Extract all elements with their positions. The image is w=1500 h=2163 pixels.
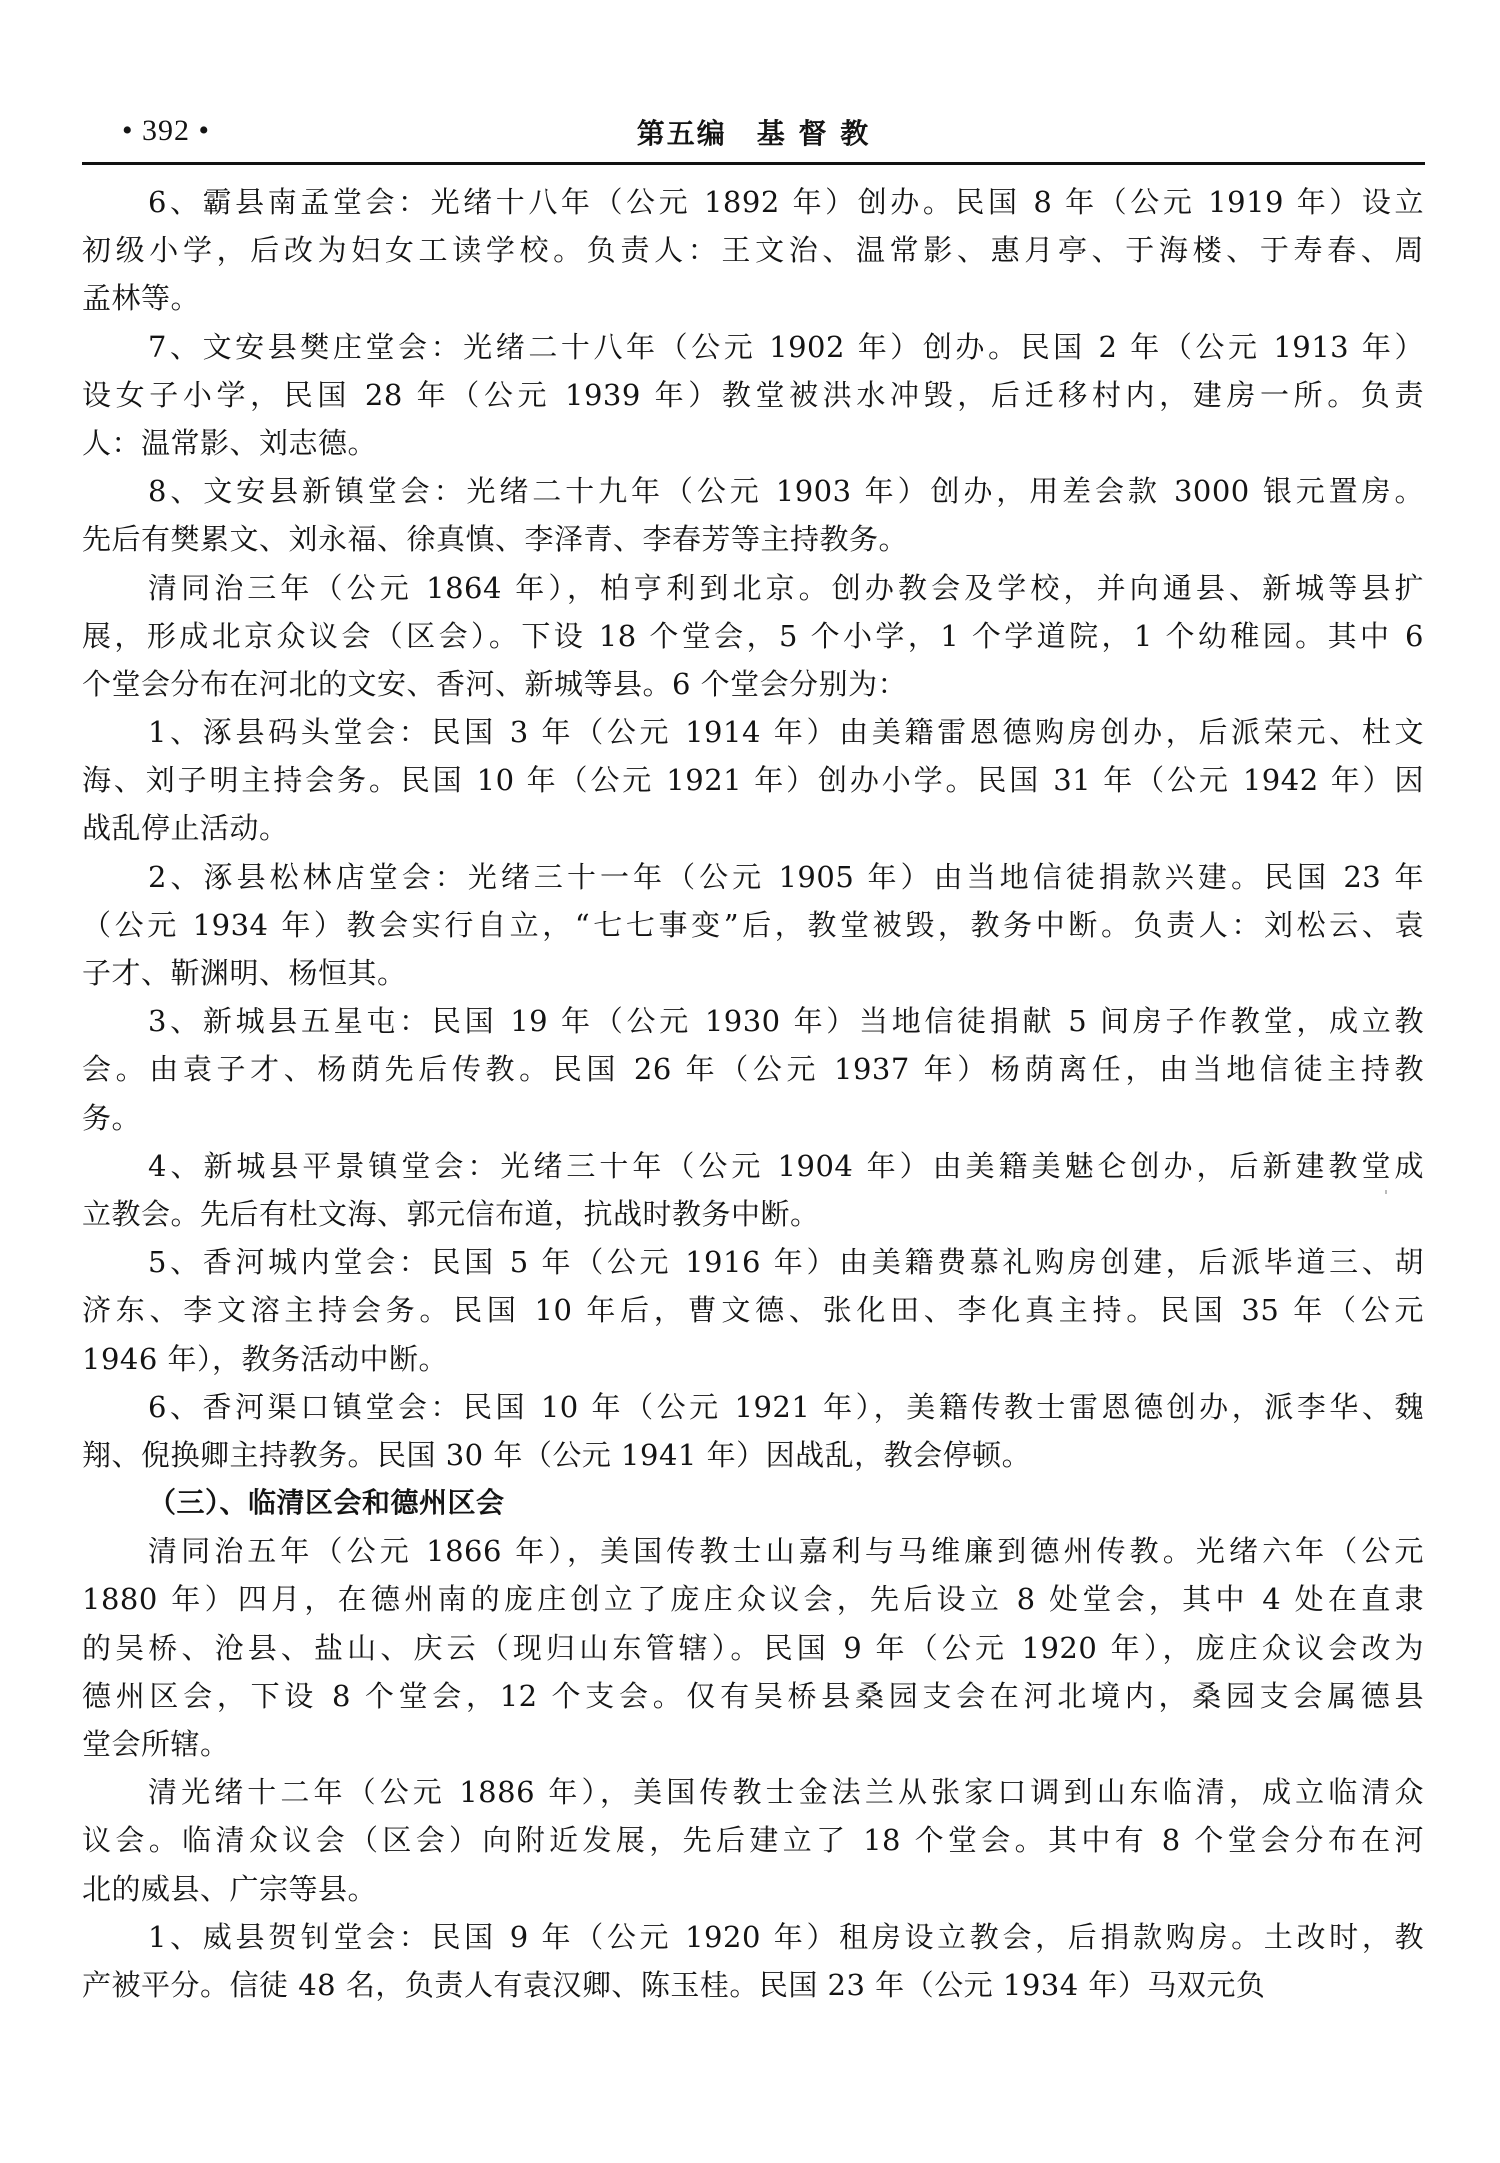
paragraph: 2、涿县松林店堂会：光绪三十一年（公元 1905 年）由当地信徒捐款兴建。民国 … (82, 853, 1424, 998)
text-line: 海、刘子明主持会务。民国 10 年（公元 1921 年）创办小学。民国 31 年… (82, 756, 1424, 804)
text-line: （公元 1934 年）教会实行自立，“七七事变”后，教堂被毁，教务中断。负责人：… (82, 901, 1424, 949)
text-line: 6、香河渠口镇堂会：民国 10 年（公元 1921 年），美籍传教士雷恩德创办，… (82, 1383, 1424, 1431)
scan-speck (990, 1640, 992, 1644)
text-line: 清光绪十二年（公元 1886 年），美国传教士金法兰从张家口调到山东临清，成立临… (82, 1768, 1424, 1816)
paragraph: 清光绪十二年（公元 1886 年），美国传教士金法兰从张家口调到山东临清，成立临… (82, 1768, 1424, 1913)
paragraph: 1、涿县码头堂会：民国 3 年（公元 1914 年）由美籍雷恩德购房创办，后派荣… (82, 708, 1424, 853)
text-line: 1946 年），教务活动中断。 (82, 1335, 1424, 1383)
text-line: 的吴桥、沧县、盐山、庆云（现归山东管辖）。民国 9 年（公元 1920 年），庞… (82, 1624, 1424, 1672)
running-title: 第五编 基 督 教 (82, 112, 1425, 152)
text-line: 子才、靳渊明、杨恒其。 (82, 949, 1424, 997)
text-line: 清同治五年（公元 1866 年），美国传教士山嘉利与马维廉到德州传教。光绪六年（… (82, 1527, 1424, 1575)
heading-line: （三）、临清区会和德州区会 (82, 1479, 1424, 1527)
paragraph: 4、新城县平景镇堂会：光绪三十年（公元 1904 年）由美籍美魅仑创办，后新建教… (82, 1142, 1424, 1238)
text-line: 8、文安县新镇堂会：光绪二十九年（公元 1903 年）创办，用差会款 3000 … (82, 467, 1424, 515)
text-line: 会。由袁子才、杨荫先后传教。民国 26 年（公元 1937 年）杨荫离任，由当地… (82, 1045, 1424, 1093)
page-header: • 392 • 第五编 基 督 教 (82, 108, 1425, 158)
text-line: 翔、倪换卿主持教务。民国 30 年（公元 1941 年）因战乱，教会停顿。 (82, 1431, 1424, 1479)
text-line: 1、威县贺钊堂会：民国 9 年（公元 1920 年）租房设立教会，后捐款购房。土… (82, 1913, 1424, 1961)
text-line: 个堂会分布在河北的文安、香河、新城等县。6 个堂会分别为： (82, 660, 1424, 708)
paragraph: 6、香河渠口镇堂会：民国 10 年（公元 1921 年），美籍传教士雷恩德创办，… (82, 1383, 1424, 1479)
text-line: 1、涿县码头堂会：民国 3 年（公元 1914 年）由美籍雷恩德购房创办，后派荣… (82, 708, 1424, 756)
paragraph: 清同治三年（公元 1864 年），柏亨利到北京。创办教会及学校，并向通县、新城等… (82, 564, 1424, 709)
text-line: 5、香河城内堂会：民国 5 年（公元 1916 年）由美籍费慕礼购房创建，后派毕… (82, 1238, 1424, 1286)
text-line: 孟林等。 (82, 274, 1424, 322)
text-line: 北的威县、广宗等县。 (82, 1865, 1424, 1913)
text-line: 设女子小学，民国 28 年（公元 1939 年）教堂被洪水冲毁，后迁移村内，建房… (82, 371, 1424, 419)
paragraph: 清同治五年（公元 1866 年），美国传教士山嘉利与马维廉到德州传教。光绪六年（… (82, 1527, 1424, 1768)
text-line: 堂会所辖。 (82, 1720, 1424, 1768)
text-line: 议会。临清众议会（区会）向附近发展，先后建立了 18 个堂会。其中有 8 个堂会… (82, 1816, 1424, 1864)
text-line: 德州区会，下设 8 个堂会，12 个支会。仅有吴桥县桑园支会在河北境内，桑园支会… (82, 1672, 1424, 1720)
paragraph: 7、文安县樊庄堂会：光绪二十八年（公元 1902 年）创办。民国 2 年（公元 … (82, 323, 1424, 468)
paragraph: 5、香河城内堂会：民国 5 年（公元 1916 年）由美籍费慕礼购房创建，后派毕… (82, 1238, 1424, 1383)
text-line: 7、文安县樊庄堂会：光绪二十八年（公元 1902 年）创办。民国 2 年（公元 … (82, 323, 1424, 371)
text-line: 展，形成北京众议会（区会）。下设 18 个堂会，5 个小学，1 个学道院，1 个… (82, 612, 1424, 660)
text-line: 1880 年）四月，在德州南的庞庄创立了庞庄众议会，先后设立 8 处堂会，其中 … (82, 1575, 1424, 1623)
body-text: 6、霸县南孟堂会：光绪十八年（公元 1892 年）创办。民国 8 年（公元 19… (82, 178, 1424, 2009)
paragraph: 8、文安县新镇堂会：光绪二十九年（公元 1903 年）创办，用差会款 3000 … (82, 467, 1424, 563)
paragraph: 6、霸县南孟堂会：光绪十八年（公元 1892 年）创办。民国 8 年（公元 19… (82, 178, 1424, 323)
section-heading: （三）、临清区会和德州区会 (82, 1479, 1424, 1527)
text-line: 先后有樊累文、刘永福、徐真慎、李泽青、李春芳等主持教务。 (82, 515, 1424, 563)
text-line: 清同治三年（公元 1864 年），柏亨利到北京。创办教会及学校，并向通县、新城等… (82, 564, 1424, 612)
text-line: 人：温常影、刘志德。 (82, 419, 1424, 467)
text-line: 立教会。先后有杜文海、郭元信布道，抗战时教务中断。 (82, 1190, 1424, 1238)
text-line: 2、涿县松林店堂会：光绪三十一年（公元 1905 年）由当地信徒捐款兴建。民国 … (82, 853, 1424, 901)
text-line: 济东、李文溶主持会务。民国 10 年后，曹文德、张化田、李化真主持。民国 35 … (82, 1286, 1424, 1334)
text-line: 6、霸县南孟堂会：光绪十八年（公元 1892 年）创办。民国 8 年（公元 19… (82, 178, 1424, 226)
text-line: 产被平分。信徒 48 名，负责人有袁汉卿、陈玉桂。民国 23 年（公元 1934… (82, 1961, 1424, 2009)
text-line: 3、新城县五星屯：民国 19 年（公元 1930 年）当地信徒捐献 5 间房子作… (82, 997, 1424, 1045)
paragraph: 1、威县贺钊堂会：民国 9 年（公元 1920 年）租房设立教会，后捐款购房。土… (82, 1913, 1424, 2009)
text-line: 4、新城县平景镇堂会：光绪三十年（公元 1904 年）由美籍美魅仑创办，后新建教… (82, 1142, 1424, 1190)
text-line: 初级小学，后改为妇女工读学校。负责人：王文治、温常影、惠月亭、于海楼、于寿春、周 (82, 226, 1424, 274)
scan-speck (1385, 1190, 1387, 1194)
text-line: 战乱停止活动。 (82, 804, 1424, 852)
header-rule (82, 162, 1425, 165)
text-line: 务。 (82, 1094, 1424, 1142)
paragraph: 3、新城县五星屯：民国 19 年（公元 1930 年）当地信徒捐献 5 间房子作… (82, 997, 1424, 1142)
